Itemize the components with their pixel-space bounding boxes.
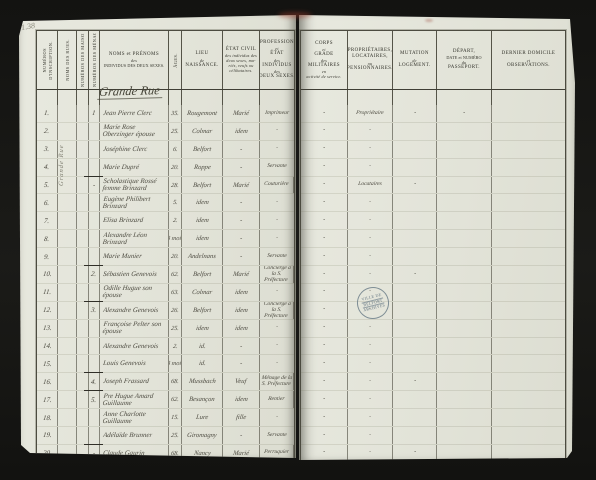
cell-rue bbox=[58, 391, 77, 408]
col-header-etat-civil: ÉTAT CIVIL des individus des deux sexes,… bbox=[223, 31, 260, 89]
cell-prop: - bbox=[348, 338, 393, 355]
cell-dep: - bbox=[437, 105, 492, 122]
cell-num: 19. bbox=[37, 427, 58, 444]
cell-m3 bbox=[77, 105, 89, 122]
cell-mut bbox=[393, 123, 437, 140]
cell-prof: - bbox=[260, 463, 294, 480]
cell-prof: Perruquier bbox=[260, 445, 294, 462]
cell-rue bbox=[58, 373, 77, 390]
cell-dom bbox=[492, 302, 565, 319]
cell-age: 58. bbox=[169, 463, 182, 480]
cell-age: 25. bbox=[169, 123, 182, 140]
cell-corps: - bbox=[301, 123, 348, 140]
col-header-mutation: MUTATION de LOGEMENT. bbox=[393, 31, 437, 89]
cell-civil: idem bbox=[223, 391, 260, 408]
cell-corps: - bbox=[301, 302, 348, 319]
cell-rue bbox=[58, 320, 77, 337]
cell-civil: - bbox=[223, 248, 260, 265]
cell-mnum bbox=[89, 463, 100, 480]
cell-prop: - bbox=[348, 212, 393, 229]
cell-corps: - bbox=[301, 248, 348, 265]
cell-name: Françoise Pelter son épouse bbox=[100, 320, 169, 337]
cell-birth: Belfort bbox=[182, 302, 223, 319]
cell-m3 bbox=[77, 463, 89, 480]
cell-m3 bbox=[77, 391, 89, 408]
col-header-depart: DÉPART, DATE et NUMÉRO du PASSEPORT. bbox=[437, 31, 492, 89]
cell-dep bbox=[437, 409, 492, 426]
cell-rue bbox=[58, 409, 77, 426]
cell-prop: - bbox=[348, 194, 393, 211]
cell-mut bbox=[393, 320, 437, 337]
cell-m3 bbox=[77, 248, 89, 265]
cell-dom bbox=[492, 284, 565, 301]
cell-m3 bbox=[77, 338, 89, 355]
cell-age: 5. bbox=[169, 194, 182, 211]
cell-mnum: 4. bbox=[89, 373, 100, 390]
cell-dep bbox=[437, 355, 492, 372]
cell-age: 68. bbox=[169, 445, 182, 462]
cell-m3 bbox=[77, 427, 89, 444]
cell-name: Eugène Philibert Brinzard bbox=[100, 194, 169, 211]
cell-mnum bbox=[89, 248, 100, 265]
table-row: 18.Anne Charlotte Guillaume15.Lurefille- bbox=[37, 409, 294, 427]
cell-mnum: - bbox=[89, 445, 100, 462]
cell-civil: Veuf bbox=[223, 373, 260, 390]
table-row: -Propriétaire-- bbox=[301, 105, 565, 123]
cell-mnum bbox=[89, 320, 100, 337]
cell-name: Scholastique Rossé femme Brinzard bbox=[100, 177, 169, 194]
cell-mut bbox=[393, 284, 437, 301]
table-row: 12.3.Alexandre Genevois26.BelfortidemCon… bbox=[37, 302, 294, 320]
table-row: 9.Marie Munier20.Andelnans-Servante bbox=[37, 248, 294, 266]
cell-corps: - bbox=[301, 194, 348, 211]
cell-prof: Couturière bbox=[260, 177, 294, 194]
cell-mnum bbox=[89, 141, 100, 158]
cell-dom bbox=[492, 445, 565, 462]
cell-corps: - bbox=[301, 463, 348, 480]
table-row: -- bbox=[301, 338, 565, 356]
cell-dep bbox=[437, 194, 492, 211]
cell-age: 20. bbox=[169, 159, 182, 176]
cell-dep bbox=[437, 391, 492, 408]
cell-mut bbox=[393, 230, 437, 247]
cell-dom bbox=[492, 266, 565, 283]
cell-prop: - bbox=[348, 248, 393, 265]
cell-name: Marie Dupré bbox=[100, 159, 169, 176]
cell-mnum bbox=[89, 338, 100, 355]
cell-mnum bbox=[89, 194, 100, 211]
cell-num: 10. bbox=[37, 266, 58, 283]
cell-mut bbox=[393, 141, 437, 158]
col-header-proprietaires: PROPRIÉTAIRES, LOCATAIRES, ou PENSIONNAI… bbox=[348, 31, 393, 89]
cell-dep bbox=[437, 427, 492, 444]
cell-rue bbox=[58, 355, 77, 372]
cell-dom bbox=[492, 427, 565, 444]
cell-prop: - bbox=[348, 355, 393, 372]
cell-birth: Besançon bbox=[182, 391, 223, 408]
table-row: 8.Alexandre Léon Brinzard3 moisidem-- bbox=[37, 230, 294, 248]
cell-dep bbox=[437, 302, 492, 319]
cell-civil: - bbox=[223, 141, 260, 158]
cell-prop: - bbox=[348, 391, 393, 408]
cell-corps: - bbox=[301, 445, 348, 462]
cell-mnum bbox=[89, 355, 100, 372]
cell-prof: Servante bbox=[260, 248, 294, 265]
cell-m3 bbox=[77, 266, 89, 283]
red-ink-smudge bbox=[278, 12, 312, 18]
street-band-right bbox=[301, 90, 565, 105]
cell-prop: - bbox=[348, 409, 393, 426]
cell-mut: - bbox=[393, 105, 437, 122]
cell-dom bbox=[492, 409, 565, 426]
cell-rue bbox=[58, 212, 77, 229]
cell-corps: - bbox=[301, 427, 348, 444]
cell-birth: Lure bbox=[182, 409, 223, 426]
cell-corps: - bbox=[301, 373, 348, 390]
cell-num: 12. bbox=[37, 302, 58, 319]
cell-mut: - bbox=[393, 445, 437, 462]
cell-mnum: - bbox=[89, 177, 100, 194]
cell-birth: Belfort bbox=[182, 463, 223, 480]
cell-num: 4. bbox=[37, 159, 58, 176]
cell-corps: - bbox=[301, 338, 348, 355]
cell-m3 bbox=[77, 409, 89, 426]
table-row: -- bbox=[301, 284, 565, 302]
scanned-register-spread: 1.38 NUMÉROS D'INSCRIPTION. NOMS DES RUE… bbox=[0, 0, 596, 480]
cell-m3 bbox=[77, 159, 89, 176]
cell-m3 bbox=[77, 445, 89, 462]
cell-mnum bbox=[89, 123, 100, 140]
cell-name: Joseph Frassard bbox=[100, 373, 169, 390]
cell-m3 bbox=[77, 194, 89, 211]
cell-num: 21. bbox=[37, 463, 58, 480]
col-header-inscription: NUMÉROS D'INSCRIPTION. bbox=[37, 31, 58, 89]
table-row: -- bbox=[301, 320, 565, 338]
cell-prop: - bbox=[348, 230, 393, 247]
cell-prof: - bbox=[260, 123, 294, 140]
cell-mnum bbox=[89, 409, 100, 426]
table-row: 14.Alexandre Genevois2.id.-- bbox=[37, 338, 294, 356]
cell-civil: Marié bbox=[223, 266, 260, 283]
table-row: 15.Louis Genevois3 moisid.-- bbox=[37, 355, 294, 373]
table-row: --- bbox=[301, 373, 565, 391]
cell-dom bbox=[492, 463, 565, 480]
cell-m3 bbox=[77, 373, 89, 390]
cell-mnum bbox=[89, 230, 100, 247]
cell-dom bbox=[492, 105, 565, 122]
cell-civil: - bbox=[223, 159, 260, 176]
cell-dep bbox=[437, 141, 492, 158]
cell-civil: idem bbox=[223, 463, 260, 480]
cell-num: 14. bbox=[37, 338, 58, 355]
cell-mut bbox=[393, 355, 437, 372]
table-row: 6.Eugène Philibert Brinzard5.idem-- bbox=[37, 194, 294, 212]
cell-mnum: 2. bbox=[89, 266, 100, 283]
table-row: -- bbox=[301, 302, 565, 320]
table-header-right: CORPS et GRADE des MILITAIRES en activit… bbox=[301, 31, 565, 90]
table-row: 16.4.Joseph Frassard68.MussbachVeufMénag… bbox=[37, 373, 294, 391]
cell-birth: Belfort bbox=[182, 141, 223, 158]
table-row: 21.Élisabeth Dubois son épouse58.Belfort… bbox=[37, 463, 294, 480]
cell-name: Alexandre Genevois bbox=[100, 338, 169, 355]
cell-mut bbox=[393, 248, 437, 265]
cell-prof: Servante bbox=[260, 427, 294, 444]
cell-birth: id. bbox=[182, 338, 223, 355]
table-row: -- bbox=[301, 230, 565, 248]
cell-prof: - bbox=[260, 284, 294, 301]
cell-birth: Mussbach bbox=[182, 373, 223, 390]
table-row: -Locataires- bbox=[301, 177, 565, 195]
table-row: -- bbox=[301, 391, 565, 409]
cell-dom bbox=[492, 159, 565, 176]
col-header-noms: NOMS et PRÉNOMS des INDIVIDUS DES DEUX S… bbox=[100, 31, 169, 89]
cell-num: 20. bbox=[37, 445, 58, 462]
cell-name: Marie Munier bbox=[100, 248, 169, 265]
cell-num: 5. bbox=[37, 177, 58, 194]
cell-dom bbox=[492, 177, 565, 194]
cell-birth: Roppe bbox=[182, 159, 223, 176]
cell-rue bbox=[58, 338, 77, 355]
register-table-left: NUMÉROS D'INSCRIPTION. NOMS DES RUES. NU… bbox=[36, 30, 295, 480]
cell-corps: - bbox=[301, 141, 348, 158]
cell-m3 bbox=[77, 230, 89, 247]
cell-name: Sébastien Genevois bbox=[100, 266, 169, 283]
cell-rue bbox=[58, 248, 77, 265]
household-separator-mark bbox=[84, 372, 103, 373]
cell-prop: - bbox=[348, 141, 393, 158]
table-row: -- bbox=[301, 409, 565, 427]
cell-birth: Rougemont bbox=[182, 105, 223, 122]
cell-dom bbox=[492, 141, 565, 158]
cell-mut bbox=[393, 391, 437, 408]
cell-age: 63. bbox=[169, 284, 182, 301]
register-right-page: CORPS et GRADE des MILITAIRES en activit… bbox=[299, 13, 577, 460]
cell-prof: Concierge à la S. Préfecture bbox=[260, 266, 294, 283]
table-row: -- bbox=[301, 463, 565, 480]
table-row: -- bbox=[301, 212, 565, 230]
cell-civil: - bbox=[223, 230, 260, 247]
cell-dep bbox=[437, 284, 492, 301]
cell-civil: idem bbox=[223, 284, 260, 301]
cell-num: 2. bbox=[37, 123, 58, 140]
cell-dom bbox=[492, 123, 565, 140]
table-body-right: -Propriétaire---------Locataires--------… bbox=[301, 105, 565, 480]
street-heading: Grande Rue bbox=[97, 84, 163, 100]
cell-name: Alexandre Genevois bbox=[100, 302, 169, 319]
table-row: 10.2.Sébastien Genevois62.BelfortMariéCo… bbox=[37, 266, 294, 284]
cell-age: 3 mois bbox=[169, 230, 182, 247]
cell-civil: idem bbox=[223, 320, 260, 337]
cell-dep bbox=[437, 463, 492, 480]
table-row: 11.Odille Hugue son épouse63.Colmaridem- bbox=[37, 284, 294, 302]
cell-num: 17. bbox=[37, 391, 58, 408]
cell-age: 62. bbox=[169, 391, 182, 408]
cell-prop: - bbox=[348, 123, 393, 140]
cell-dep bbox=[437, 338, 492, 355]
cell-age: 26. bbox=[169, 302, 182, 319]
household-separator-mark bbox=[84, 265, 103, 266]
cell-name: Claude Gaurin bbox=[100, 445, 169, 462]
cell-dom bbox=[492, 212, 565, 229]
cell-num: 11. bbox=[37, 284, 58, 301]
cell-prop: - bbox=[348, 463, 393, 480]
cell-num: 3. bbox=[37, 141, 58, 158]
cell-dom bbox=[492, 391, 565, 408]
cell-rue bbox=[58, 266, 77, 283]
cell-rue bbox=[58, 445, 77, 462]
table-row: 19.Adélaïde Brunner25.Giromagny-Servante bbox=[37, 427, 294, 445]
cell-prof: - bbox=[260, 141, 294, 158]
cell-prop: - bbox=[348, 445, 393, 462]
cell-num: 13. bbox=[37, 320, 58, 337]
cell-name: Odille Hugue son épouse bbox=[100, 284, 169, 301]
table-row: --- bbox=[301, 445, 565, 463]
table-row: -- bbox=[301, 355, 565, 373]
register-left-page: 1.38 NUMÉROS D'INSCRIPTION. NOMS DES RUE… bbox=[18, 14, 296, 458]
cell-mut bbox=[393, 159, 437, 176]
street-band-left bbox=[37, 90, 294, 105]
cell-birth: Belfort bbox=[182, 177, 223, 194]
table-row: 2.Marie Rose Oberzinger épouse25.Colmari… bbox=[37, 123, 294, 141]
cell-dep bbox=[437, 159, 492, 176]
cell-prop: - bbox=[348, 266, 393, 283]
register-table-right: CORPS et GRADE des MILITAIRES en activit… bbox=[300, 30, 566, 480]
col-header-ages: ÂGES. bbox=[169, 31, 182, 89]
cell-civil: - bbox=[223, 355, 260, 372]
household-separator-mark bbox=[84, 444, 103, 445]
cell-name: Marie Rose Oberzinger épouse bbox=[100, 123, 169, 140]
cell-dep bbox=[437, 212, 492, 229]
cell-mut bbox=[393, 194, 437, 211]
table-row: 7.Elisa Brinzard2.idem-- bbox=[37, 212, 294, 230]
cell-rue bbox=[58, 302, 77, 319]
cell-num: 18. bbox=[37, 409, 58, 426]
cell-corps: - bbox=[301, 177, 348, 194]
table-row: 5.-Scholastique Rossé femme Brinzard28.B… bbox=[37, 177, 294, 195]
cell-rue bbox=[58, 427, 77, 444]
cell-dom bbox=[492, 230, 565, 247]
cell-birth: idem bbox=[182, 194, 223, 211]
cell-birth: Colmar bbox=[182, 284, 223, 301]
col-header-profession: PROFESSION et ÉTAT des INDIVIDUS des DEU… bbox=[260, 31, 294, 89]
table-row: -- bbox=[301, 427, 565, 445]
cell-age: 28. bbox=[169, 177, 182, 194]
cell-prop: - bbox=[348, 320, 393, 337]
cell-birth: idem bbox=[182, 212, 223, 229]
household-separator-mark bbox=[84, 301, 103, 302]
col-header-corps: CORPS et GRADE des MILITAIRES en activit… bbox=[301, 31, 348, 89]
cell-mut bbox=[393, 302, 437, 319]
cell-civil: - bbox=[223, 338, 260, 355]
cell-corps: - bbox=[301, 212, 348, 229]
cell-age: 68. bbox=[169, 373, 182, 390]
cell-prof: - bbox=[260, 194, 294, 211]
cell-name: Elisa Brinzard bbox=[100, 212, 169, 229]
col-header-menages: NUMÉROS DES MÉNAGES. bbox=[89, 31, 100, 89]
cell-num: 16. bbox=[37, 373, 58, 390]
cell-prop: - bbox=[348, 373, 393, 390]
cell-age: 25. bbox=[169, 320, 182, 337]
folio-pencil-note: 1.38 bbox=[20, 21, 35, 32]
cell-civil: Marié bbox=[223, 445, 260, 462]
cell-mut: - bbox=[393, 177, 437, 194]
cell-prof: - bbox=[260, 409, 294, 426]
cell-prop: Locataires bbox=[348, 177, 393, 194]
cell-mnum bbox=[89, 159, 100, 176]
table-row: 4.Marie Dupré20.Roppe-Servante bbox=[37, 159, 294, 177]
cell-dep bbox=[437, 320, 492, 337]
cell-m3 bbox=[77, 141, 89, 158]
cell-corps: - bbox=[301, 266, 348, 283]
cell-prof: Servante bbox=[260, 159, 294, 176]
cell-num: 15. bbox=[37, 355, 58, 372]
cell-birth: Belfort bbox=[182, 266, 223, 283]
cell-mut bbox=[393, 409, 437, 426]
cell-age: 20. bbox=[169, 248, 182, 265]
cell-name: Élisabeth Dubois son épouse bbox=[100, 463, 169, 480]
cell-birth: Andelnans bbox=[182, 248, 223, 265]
cell-num: 6. bbox=[37, 194, 58, 211]
cell-civil: idem bbox=[223, 302, 260, 319]
col-header-rues: NOMS DES RUES. bbox=[58, 31, 77, 89]
cell-corps: - bbox=[301, 159, 348, 176]
cell-prof: - bbox=[260, 338, 294, 355]
cell-corps: - bbox=[301, 284, 348, 301]
col-header-lieu: LIEU de NAISSANCE. bbox=[182, 31, 223, 89]
cell-civil: - bbox=[223, 212, 260, 229]
table-row: -- bbox=[301, 159, 565, 177]
cell-age: 25. bbox=[169, 427, 182, 444]
table-body-left: 1.1Jean Pierre Clerc35.RougemontMariéImp… bbox=[37, 105, 294, 480]
cell-num: 8. bbox=[37, 230, 58, 247]
table-row: 3.Joséphine Clerc6.Belfort-- bbox=[37, 141, 294, 159]
col-header-maisons: NUMÉROS DES MAISONS. bbox=[77, 31, 89, 89]
table-row: 17.5.Pre Hugue Amard Guillaume62.Besanço… bbox=[37, 391, 294, 409]
table-row: -- bbox=[301, 141, 565, 159]
cell-name: Anne Charlotte Guillaume bbox=[100, 409, 169, 426]
cell-m3 bbox=[77, 123, 89, 140]
cell-rue bbox=[58, 284, 77, 301]
cell-prof: Imprimeur bbox=[260, 105, 294, 122]
cell-rue bbox=[58, 230, 77, 247]
cell-m3 bbox=[77, 212, 89, 229]
cell-dom bbox=[492, 248, 565, 265]
cell-rue bbox=[58, 463, 77, 480]
cell-dom bbox=[492, 355, 565, 372]
cell-dep bbox=[437, 177, 492, 194]
cell-name: Jean Pierre Clerc bbox=[100, 105, 169, 122]
cell-dep bbox=[437, 266, 492, 283]
cell-name: Adélaïde Brunner bbox=[100, 427, 169, 444]
cell-dom bbox=[492, 320, 565, 337]
cell-age: 3 mois bbox=[169, 355, 182, 372]
cell-civil: Marié bbox=[223, 105, 260, 122]
cell-dep bbox=[437, 248, 492, 265]
household-separator-mark bbox=[84, 390, 103, 391]
cell-birth: Giromagny bbox=[182, 427, 223, 444]
cell-num: 1. bbox=[37, 105, 58, 122]
cell-birth: id. bbox=[182, 355, 223, 372]
cell-m3 bbox=[77, 302, 89, 319]
table-row: -- bbox=[301, 123, 565, 141]
cell-m3 bbox=[77, 284, 89, 301]
red-ink-dot bbox=[425, 19, 433, 22]
cell-prof: Rentier bbox=[260, 391, 294, 408]
cell-mnum bbox=[89, 427, 100, 444]
cell-dom bbox=[492, 338, 565, 355]
table-row: -- bbox=[301, 248, 565, 266]
table-row: --- bbox=[301, 266, 565, 284]
